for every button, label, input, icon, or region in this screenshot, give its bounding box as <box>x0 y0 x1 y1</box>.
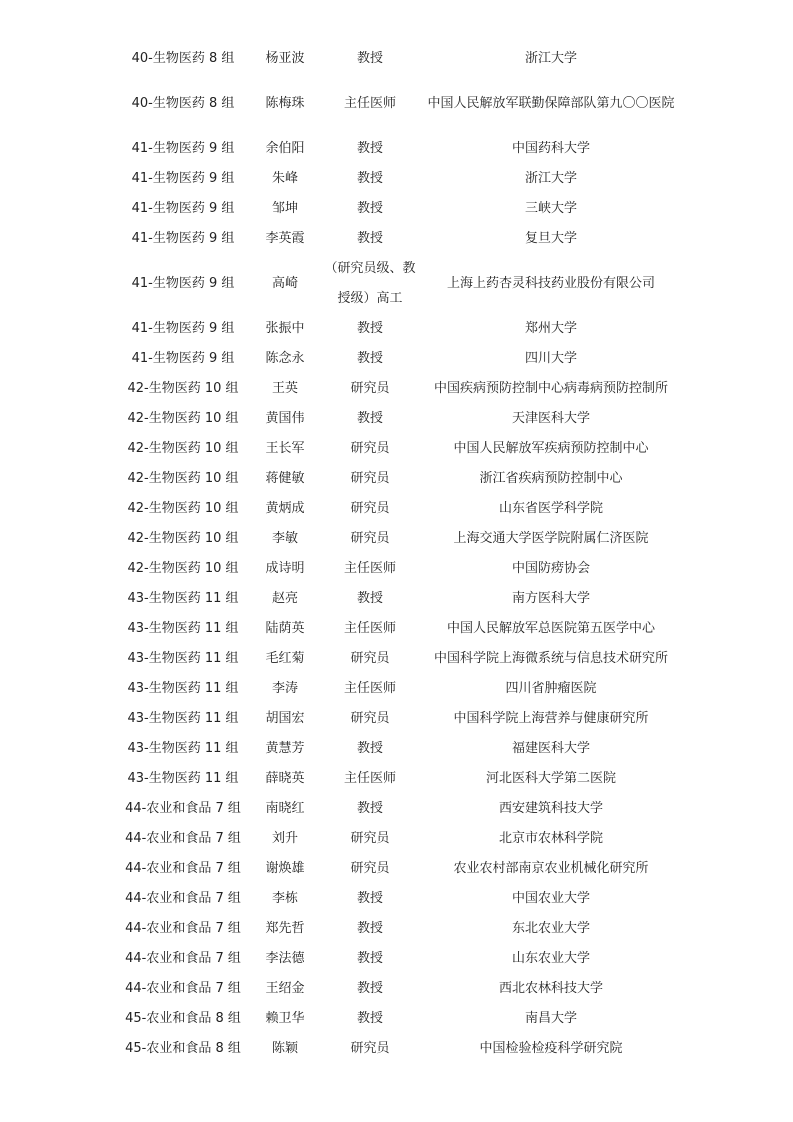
title-cell: 研究员 <box>322 494 418 524</box>
org-cell: 中国科学院上海微系统与信息技术研究所 <box>418 644 684 674</box>
table-row: 41-生物医药 9 组 李英霞 教授 复旦大学 <box>118 224 684 254</box>
group-cell: 42-生物医药 10 组 <box>118 554 248 584</box>
org-cell: 浙江大学 <box>418 44 684 74</box>
name-cell: 赖卫华 <box>248 1004 322 1034</box>
group-cell: 42-生物医药 10 组 <box>118 434 248 464</box>
org-cell: 四川大学 <box>418 344 684 374</box>
name-cell: 刘升 <box>248 824 322 854</box>
org-cell: 中国人民解放军联勤保障部队第九〇〇医院 <box>418 89 684 119</box>
org-cell: 北京市农林科学院 <box>418 824 684 854</box>
title-cell: 教授 <box>322 164 418 194</box>
title-cell: 教授 <box>322 944 418 974</box>
name-cell: 李法德 <box>248 944 322 974</box>
title-cell: 研究员 <box>322 374 418 404</box>
org-cell: 三峡大学 <box>418 194 684 224</box>
org-cell: 东北农业大学 <box>418 914 684 944</box>
name-cell: 蒋健敏 <box>248 464 322 494</box>
org-cell: 四川省肿瘤医院 <box>418 674 684 704</box>
org-cell: 天津医科大学 <box>418 404 684 434</box>
title-cell: 教授 <box>322 884 418 914</box>
table-row: 43-生物医药 11 组 毛红菊 研究员 中国科学院上海微系统与信息技术研究所 <box>118 644 684 674</box>
table-row: 43-生物医药 11 组 薛晓英 主任医师 河北医科大学第二医院 <box>118 764 684 794</box>
org-cell: 中国农业大学 <box>418 884 684 914</box>
name-cell: 毛红菊 <box>248 644 322 674</box>
title-cell: 研究员 <box>322 824 418 854</box>
group-cell: 43-生物医药 11 组 <box>118 644 248 674</box>
name-cell: 李敏 <box>248 524 322 554</box>
group-cell: 43-生物医药 11 组 <box>118 674 248 704</box>
table-row: 44-农业和食品 7 组 李法德 教授 山东农业大学 <box>118 944 684 974</box>
name-cell: 赵亮 <box>248 584 322 614</box>
org-cell: 中国人民解放军疾病预防控制中心 <box>418 434 684 464</box>
title-cell: 研究员 <box>322 854 418 884</box>
name-cell: 薛晓英 <box>248 764 322 794</box>
org-cell: 河北医科大学第二医院 <box>418 764 684 794</box>
title-cell: 研究员 <box>322 704 418 734</box>
name-cell: 郑先哲 <box>248 914 322 944</box>
org-cell: 复旦大学 <box>418 224 684 254</box>
table-row: 42-生物医药 10 组 李敏 研究员 上海交通大学医学院附属仁济医院 <box>118 524 684 554</box>
name-cell: 陈梅珠 <box>248 89 322 119</box>
table-row: 45-农业和食品 8 组 陈颖 研究员 中国检验检疫科学研究院 <box>118 1034 684 1064</box>
group-cell: 42-生物医药 10 组 <box>118 494 248 524</box>
title-cell: 研究员 <box>322 644 418 674</box>
table-row: 43-生物医药 11 组 胡国宏 研究员 中国科学院上海营养与健康研究所 <box>118 704 684 734</box>
title-cell: 教授 <box>322 584 418 614</box>
name-cell: 陈颖 <box>248 1034 322 1064</box>
title-cell: 研究员 <box>322 464 418 494</box>
name-cell: 邹坤 <box>248 194 322 224</box>
group-cell: 43-生物医药 11 组 <box>118 614 248 644</box>
org-cell: 浙江大学 <box>418 164 684 194</box>
org-cell: 南方医科大学 <box>418 584 684 614</box>
table-row: 42-生物医药 10 组 蒋健敏 研究员 浙江省疾病预防控制中心 <box>118 464 684 494</box>
table-row: 41-生物医药 9 组 邹坤 教授 三峡大学 <box>118 194 684 224</box>
group-cell: 42-生物医药 10 组 <box>118 464 248 494</box>
title-cell: 研究员 <box>322 434 418 464</box>
expert-list-table: 40-生物医药 8 组 杨亚波 教授 浙江大学 40-生物医药 8 组 陈梅珠 … <box>118 44 684 1064</box>
group-cell: 40-生物医药 8 组 <box>118 44 248 74</box>
title-cell: 主任医师 <box>322 764 418 794</box>
group-cell: 41-生物医药 9 组 <box>118 134 248 164</box>
org-cell: 郑州大学 <box>418 314 684 344</box>
table-row: 42-生物医药 10 组 黄炳成 研究员 山东省医学科学院 <box>118 494 684 524</box>
table-row: 42-生物医药 10 组 成诗明 主任医师 中国防痨协会 <box>118 554 684 584</box>
table-row: 44-农业和食品 7 组 郑先哲 教授 东北农业大学 <box>118 914 684 944</box>
title-cell: 教授 <box>322 794 418 824</box>
group-cell: 41-生物医药 9 组 <box>118 314 248 344</box>
name-cell: 李英霞 <box>248 224 322 254</box>
name-cell: 杨亚波 <box>248 44 322 74</box>
org-cell: 山东省医学科学院 <box>418 494 684 524</box>
name-cell: 胡国宏 <box>248 704 322 734</box>
name-cell: 黄国伟 <box>248 404 322 434</box>
table-row: 41-生物医药 9 组 张振中 教授 郑州大学 <box>118 314 684 344</box>
table-row: 43-生物医药 11 组 赵亮 教授 南方医科大学 <box>118 584 684 614</box>
table-row: 41-生物医药 9 组 陈念永 教授 四川大学 <box>118 344 684 374</box>
name-cell: 余伯阳 <box>248 134 322 164</box>
title-cell: 教授 <box>322 404 418 434</box>
title-cell: 教授 <box>322 344 418 374</box>
group-cell: 44-农业和食品 7 组 <box>118 854 248 884</box>
group-cell: 44-农业和食品 7 组 <box>118 944 248 974</box>
name-cell: 张振中 <box>248 314 322 344</box>
title-cell: 教授 <box>322 914 418 944</box>
table-row: 44-农业和食品 7 组 刘升 研究员 北京市农林科学院 <box>118 824 684 854</box>
group-cell: 43-生物医药 11 组 <box>118 734 248 764</box>
group-cell: 44-农业和食品 7 组 <box>118 794 248 824</box>
title-cell: 教授 <box>322 974 418 1004</box>
name-cell: 高崎 <box>248 269 322 299</box>
name-cell: 王长军 <box>248 434 322 464</box>
group-cell: 42-生物医药 10 组 <box>118 404 248 434</box>
org-cell: 西北农林科技大学 <box>418 974 684 1004</box>
title-cell: 主任医师 <box>322 614 418 644</box>
group-cell: 41-生物医药 9 组 <box>118 269 248 299</box>
name-cell: 王英 <box>248 374 322 404</box>
org-cell: 中国检验检疫科学研究院 <box>418 1034 684 1064</box>
org-cell: 中国人民解放军总医院第五医学中心 <box>418 614 684 644</box>
table-row: 43-生物医药 11 组 黄慧芳 教授 福建医科大学 <box>118 734 684 764</box>
title-cell: 教授 <box>322 1004 418 1034</box>
group-cell: 41-生物医药 9 组 <box>118 194 248 224</box>
group-cell: 43-生物医药 11 组 <box>118 584 248 614</box>
table-row: 44-农业和食品 7 组 王绍金 教授 西北农林科技大学 <box>118 974 684 1004</box>
table-row: 41-生物医药 9 组 高崎 （研究员级、教授级）高工 上海上药杏灵科技药业股份… <box>118 254 684 314</box>
group-cell: 44-农业和食品 7 组 <box>118 914 248 944</box>
name-cell: 谢焕雄 <box>248 854 322 884</box>
org-cell: 浙江省疾病预防控制中心 <box>418 464 684 494</box>
group-cell: 41-生物医药 9 组 <box>118 344 248 374</box>
title-cell: 教授 <box>322 194 418 224</box>
group-cell: 45-农业和食品 8 组 <box>118 1034 248 1064</box>
name-cell: 王绍金 <box>248 974 322 1004</box>
name-cell: 李涛 <box>248 674 322 704</box>
group-cell: 45-农业和食品 8 组 <box>118 1004 248 1034</box>
group-cell: 44-农业和食品 7 组 <box>118 974 248 1004</box>
table-row: 45-农业和食品 8 组 赖卫华 教授 南昌大学 <box>118 1004 684 1034</box>
table-row: 40-生物医药 8 组 杨亚波 教授 浙江大学 <box>118 44 684 74</box>
title-cell: 主任医师 <box>322 554 418 584</box>
table-row: 41-生物医药 9 组 朱峰 教授 浙江大学 <box>118 164 684 194</box>
org-cell: 南昌大学 <box>418 1004 684 1034</box>
title-cell: 教授 <box>322 734 418 764</box>
title-cell: 教授 <box>322 314 418 344</box>
table-row: 42-生物医药 10 组 王英 研究员 中国疾病预防控制中心病毒病预防控制所 <box>118 374 684 404</box>
title-cell: 教授 <box>322 44 418 74</box>
org-cell: 西安建筑科技大学 <box>418 794 684 824</box>
name-cell: 南晓红 <box>248 794 322 824</box>
title-cell: 教授 <box>322 224 418 254</box>
name-cell: 李栋 <box>248 884 322 914</box>
org-cell: 福建医科大学 <box>418 734 684 764</box>
name-cell: 成诗明 <box>248 554 322 584</box>
table-row: 40-生物医药 8 组 陈梅珠 主任医师 中国人民解放军联勤保障部队第九〇〇医院 <box>118 74 684 134</box>
table-row: 41-生物医药 9 组 余伯阳 教授 中国药科大学 <box>118 134 684 164</box>
org-cell: 中国科学院上海营养与健康研究所 <box>418 704 684 734</box>
table-row: 42-生物医药 10 组 王长军 研究员 中国人民解放军疾病预防控制中心 <box>118 434 684 464</box>
org-cell: 上海上药杏灵科技药业股份有限公司 <box>418 269 684 299</box>
org-cell: 山东农业大学 <box>418 944 684 974</box>
title-cell: 研究员 <box>322 524 418 554</box>
table-row: 44-农业和食品 7 组 谢焕雄 研究员 农业农村部南京农业机械化研究所 <box>118 854 684 884</box>
org-cell: 农业农村部南京农业机械化研究所 <box>418 854 684 884</box>
org-cell: 上海交通大学医学院附属仁济医院 <box>418 524 684 554</box>
group-cell: 40-生物医药 8 组 <box>118 89 248 119</box>
title-cell: （研究员级、教授级）高工 <box>322 254 418 314</box>
name-cell: 朱峰 <box>248 164 322 194</box>
name-cell: 黄慧芳 <box>248 734 322 764</box>
title-cell: 主任医师 <box>322 674 418 704</box>
table-row: 43-生物医药 11 组 李涛 主任医师 四川省肿瘤医院 <box>118 674 684 704</box>
group-cell: 42-生物医药 10 组 <box>118 374 248 404</box>
table-row: 44-农业和食品 7 组 李栋 教授 中国农业大学 <box>118 884 684 914</box>
name-cell: 陆荫英 <box>248 614 322 644</box>
group-cell: 44-农业和食品 7 组 <box>118 884 248 914</box>
name-cell: 陈念永 <box>248 344 322 374</box>
title-cell: 教授 <box>322 134 418 164</box>
group-cell: 43-生物医药 11 组 <box>118 704 248 734</box>
title-cell: 研究员 <box>322 1034 418 1064</box>
org-cell: 中国防痨协会 <box>418 554 684 584</box>
group-cell: 42-生物医药 10 组 <box>118 524 248 554</box>
title-cell: 主任医师 <box>322 89 418 119</box>
table-row: 42-生物医药 10 组 黄国伟 教授 天津医科大学 <box>118 404 684 434</box>
group-cell: 44-农业和食品 7 组 <box>118 824 248 854</box>
name-cell: 黄炳成 <box>248 494 322 524</box>
group-cell: 43-生物医药 11 组 <box>118 764 248 794</box>
group-cell: 41-生物医药 9 组 <box>118 164 248 194</box>
org-cell: 中国疾病预防控制中心病毒病预防控制所 <box>418 374 684 404</box>
org-cell: 中国药科大学 <box>418 134 684 164</box>
table-row: 43-生物医药 11 组 陆荫英 主任医师 中国人民解放军总医院第五医学中心 <box>118 614 684 644</box>
group-cell: 41-生物医药 9 组 <box>118 224 248 254</box>
table-row: 44-农业和食品 7 组 南晓红 教授 西安建筑科技大学 <box>118 794 684 824</box>
